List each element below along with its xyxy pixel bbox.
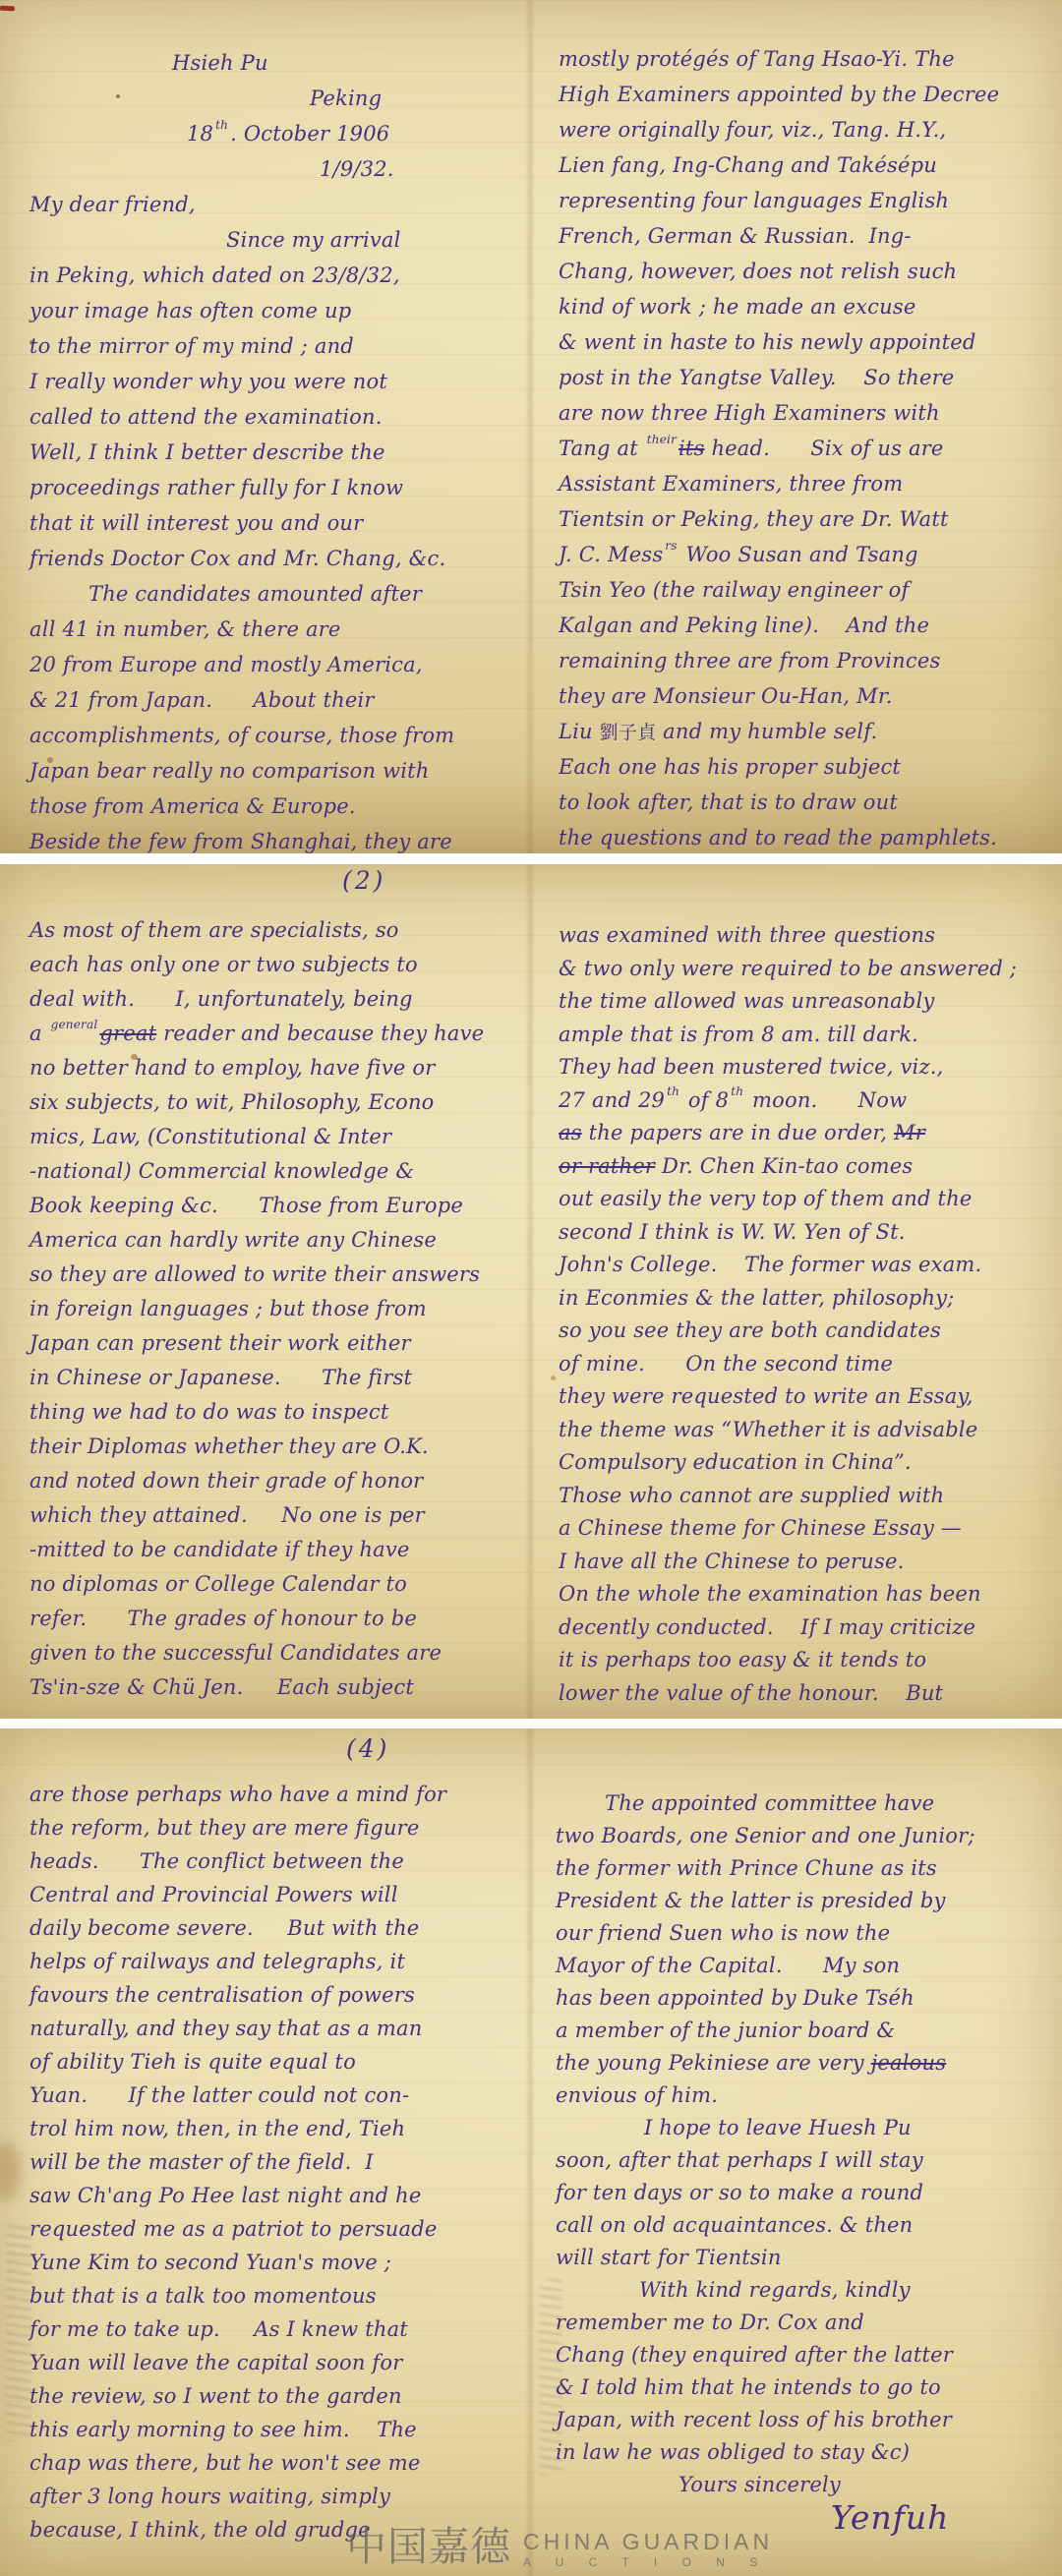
letter-line: Liu 劉子貞 and my humble self. xyxy=(559,714,1062,749)
letter-line: I have all the Chinese to peruse. xyxy=(559,1546,1062,1579)
letter-line: given to the successful Candidates are xyxy=(29,1636,533,1670)
letter-line: for me to take up. As I knew that xyxy=(29,2313,533,2346)
letter-column-right: mostly protégés of Tang Hsao-Yi. TheHigh… xyxy=(559,41,1062,853)
inserted-word: rs xyxy=(665,539,677,553)
letter-line: favours the centralisation of powers xyxy=(29,1978,533,2012)
letter-line: a member of the junior board & xyxy=(556,2015,1059,2047)
letter-line: envious of him. xyxy=(556,2079,1059,2112)
letter-line: which they attained. No one is per xyxy=(29,1498,533,1533)
struck-word: its xyxy=(678,437,705,460)
letter-line: has been appointed by Duke Tséh xyxy=(556,1982,1059,2015)
letter-line: Yenfuh xyxy=(556,2501,1059,2534)
letter-line: that it will interest you and our xyxy=(29,505,533,541)
letter-line: & 21 from Japan. About their xyxy=(29,682,533,718)
letter-line: Central and Provincial Powers will xyxy=(29,1878,533,1911)
letter-line: kind of work ; he made an excuse xyxy=(559,289,1062,324)
letter-line: six subjects, to wit, Philosophy, Econo xyxy=(29,1085,533,1120)
red-edge-mark xyxy=(0,6,15,12)
letter-line: call on old acquaintances. & then xyxy=(556,2209,1059,2242)
struck-word: jealous xyxy=(871,2051,947,2075)
letter-page-2: (2) As most of them are specialists, soe… xyxy=(0,864,1062,1719)
letter-line: Mayor of the Capital. My son xyxy=(556,1950,1059,1982)
letter-line: On the whole the examination has been xyxy=(559,1578,1062,1611)
letter-line: representing four languages English xyxy=(559,183,1062,218)
letter-column-left: are those perhaps who have a mind forthe… xyxy=(29,1778,533,2547)
letter-page-3: (4) are those perhaps who have a mind fo… xyxy=(0,1728,1062,2576)
letter-line: were originally four, viz., Tang. H.Y., xyxy=(559,112,1062,147)
letter-line: trol him now, then, in the end, Tieh xyxy=(29,2112,533,2145)
letter-line: saw Ch'ang Po Hee last night and he xyxy=(29,2179,533,2212)
letter-line: those from America & Europe. xyxy=(29,789,533,824)
letter-line: -mitted to be candidate if they have xyxy=(29,1533,533,1567)
letter-line: The appointed committee have xyxy=(556,1787,1059,1820)
letter-line: of ability Tieh is quite equal to xyxy=(29,2045,533,2078)
letter-line: for ten days or so to make a round xyxy=(556,2177,1059,2209)
inserted-word: th xyxy=(667,1084,679,1098)
letter-line: deal with. I, unfortunately, being xyxy=(29,982,533,1017)
letter-line: post in the Yangtse Valley. So there xyxy=(559,360,1062,395)
letter-line: friends Doctor Cox and Mr. Chang, &c. xyxy=(29,541,533,576)
letter-line: because, I think, the old grudge xyxy=(29,2513,533,2547)
letter-line: refer. The grades of honour to be xyxy=(29,1602,533,1636)
letter-line: decently conducted. If I may criticize xyxy=(559,1611,1062,1645)
letter-line: Tientsin or Peking, they are Dr. Watt xyxy=(559,501,1062,537)
letter-line: thing we had to do was to inspect xyxy=(29,1395,533,1430)
letter-line: & went in haste to his newly appointed xyxy=(559,324,1062,360)
letter-line: remaining three are from Provinces xyxy=(559,643,1062,678)
letter-line: My dear friend, xyxy=(29,187,533,222)
pencil-marginalia xyxy=(6,2225,31,2441)
letter-line: the time allowed was unreasonably xyxy=(559,985,1062,1019)
letter-line: daily become severe. But with the xyxy=(29,1911,533,1945)
letter-line: Book keeping &c. Those from Europe xyxy=(29,1189,533,1223)
letter-line: the former with Prince Chune as its xyxy=(556,1852,1059,1885)
letter-line: With kind regards, kindly xyxy=(556,2274,1059,2307)
letter-line: Each one has his proper subject xyxy=(559,749,1062,785)
letter-column-right: The appointed committee havetwo Boards, … xyxy=(556,1787,1059,2534)
letter-line: was examined with three questions xyxy=(559,919,1062,953)
letter-line: & two only were required to be answered … xyxy=(559,953,1062,986)
letter-column-left: Hsieh PuPeking18th. October 19061/9/32.M… xyxy=(29,45,533,853)
chinese-name: 劉子貞 xyxy=(600,722,657,743)
letter-line: a Chinese theme for Chinese Essay — xyxy=(559,1512,1062,1546)
letter-line: Tsin Yeo (the railway engineer of xyxy=(559,572,1062,608)
letter-line: Chang, however, does not relish such xyxy=(559,254,1062,289)
letter-line: Assistant Examiners, three from xyxy=(559,466,1062,501)
letter-line: Beside the few from Shanghai, they are xyxy=(29,824,533,853)
letter-line: it is perhaps too easy & it tends to xyxy=(559,1644,1062,1677)
letter-line: ample that is from 8 am. till dark. xyxy=(559,1019,1062,1052)
letter-line: 20 from Europe and mostly America, xyxy=(29,647,533,682)
letter-line: Kalgan and Peking line). And the xyxy=(559,608,1062,643)
letter-line: Since my arrival xyxy=(29,222,533,258)
letter-line: they are Monsieur Ou-Han, Mr. xyxy=(559,678,1062,714)
letter-line: heads. The conflict between the xyxy=(29,1844,533,1878)
letter-line: America can hardly write any Chinese xyxy=(29,1223,533,1258)
letter-line: proceedings rather fully for I know xyxy=(29,470,533,505)
inserted-word: th xyxy=(215,118,228,132)
letter-line: Japan can present their work either xyxy=(29,1326,533,1361)
letter-line: in foreign languages ; but those from xyxy=(29,1292,533,1326)
letter-line: -national) Commercial knowledge & xyxy=(29,1154,533,1189)
letter-line: French, German & Russian. Ing- xyxy=(559,218,1062,254)
letter-line: Chang (they enquired after the latter xyxy=(556,2339,1059,2371)
letter-column-left: As most of them are specialists, soeach … xyxy=(29,913,533,1705)
letter-line: out easily the very top of them and the xyxy=(559,1183,1062,1216)
letter-line: mics, Law, (Constitutional & Inter xyxy=(29,1120,533,1154)
letter-line: the young Pekiniese are very jealous xyxy=(556,2047,1059,2079)
letter-line: will be the master of the field. I xyxy=(29,2145,533,2179)
letter-line: helps of railways and telegraphs, it xyxy=(29,1945,533,1978)
letter-line: they were requested to write an Essay, xyxy=(559,1380,1062,1414)
letter-line: naturally, and they say that as a man xyxy=(29,2012,533,2045)
letter-line: 1/9/32. xyxy=(29,151,533,187)
letter-line: all 41 in number, & there are xyxy=(29,612,533,647)
letter-line: this early morning to see him. The xyxy=(29,2413,533,2446)
struck-word: great xyxy=(99,1022,156,1045)
letter-line: Peking xyxy=(29,81,533,116)
letter-line: of mine. On the second time xyxy=(559,1348,1062,1381)
page-number: (4) xyxy=(346,1734,389,1763)
letter-line: Well, I think I better describe the xyxy=(29,435,533,470)
letter-line: to the mirror of my mind ; and xyxy=(29,328,533,364)
letter-line: called to attend the examination. xyxy=(29,399,533,435)
letter-line: J. C. Messrs Woo Susan and Tsang xyxy=(559,537,1062,572)
letter-line: as the papers are in due order, Mr xyxy=(559,1117,1062,1150)
letter-line: in Peking, which dated on 23/8/32, xyxy=(29,258,533,293)
letter-line: to look after, that is to draw out xyxy=(559,785,1062,820)
letter-line: or rather Dr. Chen Kin-tao comes xyxy=(559,1150,1062,1184)
letter-line: the questions and to read the pamphlets. xyxy=(559,820,1062,853)
letter-line: but that is a talk too momentous xyxy=(29,2279,533,2313)
letter-line: remember me to Dr. Cox and xyxy=(556,2307,1059,2339)
letter-line: in Econmies & the latter, philosophy; xyxy=(559,1282,1062,1316)
letter-line: 27 and 29th of 8th moon. Now xyxy=(559,1084,1062,1118)
letter-line: the review, so I went to the garden xyxy=(29,2379,533,2413)
letter-line: and noted down their grade of honor xyxy=(29,1464,533,1498)
letter-line: Yuan will leave the capital soon for xyxy=(29,2346,533,2379)
letter-line: High Examiners appointed by the Decree xyxy=(559,77,1062,112)
letter-line: John's College. The former was exam. xyxy=(559,1249,1062,1282)
letter-line: are those perhaps who have a mind for xyxy=(29,1778,533,1811)
paper-stain xyxy=(0,2141,22,2200)
letter-line: soon, after that perhaps I will stay xyxy=(556,2144,1059,2177)
struck-word: or rather xyxy=(559,1154,655,1178)
inserted-word: th xyxy=(731,1084,743,1098)
letter-line: their Diplomas whether they are O.K. xyxy=(29,1430,533,1464)
letter-line: Hsieh Pu xyxy=(29,45,533,81)
letter-line: Compulsory education in China”. xyxy=(559,1446,1062,1480)
letter-line: Japan, with recent loss of his brother xyxy=(556,2404,1059,2436)
letter-line: Ts'in-sze & Chü Jen. Each subject xyxy=(29,1670,533,1705)
letter-line: the theme was “Whether it is advisable xyxy=(559,1414,1062,1447)
letter-line: no better hand to employ, have five or xyxy=(29,1051,533,1085)
letter-line: our friend Suen who is now the xyxy=(556,1917,1059,1950)
letter-line: in Chinese or Japanese. The first xyxy=(29,1361,533,1395)
letter-line: Japan bear really no comparison with xyxy=(29,753,533,789)
letter-line: accomplishments, of course, those from xyxy=(29,718,533,753)
letter-line: 18th. October 1906 xyxy=(29,116,533,151)
letter-line: are now three High Examiners with xyxy=(559,395,1062,431)
letter-line: The candidates amounted after xyxy=(29,576,533,612)
letter-line: will start for Tientsin xyxy=(556,2242,1059,2274)
letter-line: Lien fang, Ing-Chang and Takésépu xyxy=(559,147,1062,183)
letter-line: President & the latter is presided by xyxy=(556,1885,1059,1917)
letter-line: each has only one or two subjects to xyxy=(29,948,533,982)
letter-line: Yours sincerely xyxy=(556,2469,1059,2501)
struck-word: as xyxy=(559,1121,582,1144)
letter-line: lower the value of the honour. But xyxy=(559,1677,1062,1711)
letter-line: a generalgreat reader and because they h… xyxy=(29,1017,533,1051)
letter-line: I hope to leave Huesh Pu xyxy=(556,2112,1059,2144)
letter-line: no diplomas or College Calendar to xyxy=(29,1567,533,1602)
letter-column-right: was examined with three questions& two o… xyxy=(559,919,1062,1710)
letter-line: so you see they are both candidates xyxy=(559,1315,1062,1348)
letter-line: They had been mustered twice, viz., xyxy=(559,1051,1062,1084)
letter-line: Yuan. If the latter could not con- xyxy=(29,2078,533,2112)
letter-line: requested me as a patriot to persuade xyxy=(29,2212,533,2246)
letter-line: I really wonder why you were not xyxy=(29,364,533,399)
page-number: (2) xyxy=(342,866,385,895)
letter-line: second I think is W. W. Yen of St. xyxy=(559,1216,1062,1250)
paper-speck xyxy=(551,1376,556,1380)
letter-scan: { "ink_color": "#43317e", "paper_color":… xyxy=(0,0,1062,2576)
letter-line: mostly protégés of Tang Hsao-Yi. The xyxy=(559,41,1062,77)
struck-word: Mr xyxy=(894,1121,925,1144)
letter-line: after 3 long hours waiting, simply xyxy=(29,2480,533,2513)
letter-line: Yune Kim to second Yuan's move ; xyxy=(29,2246,533,2279)
letter-line: so they are allowed to write their answe… xyxy=(29,1258,533,1292)
letter-line: chap was there, but he won't see me xyxy=(29,2446,533,2480)
inserted-word: general xyxy=(51,1018,98,1031)
letter-line: two Boards, one Senior and one Junior; xyxy=(556,1820,1059,1852)
inserted-word: their xyxy=(647,433,677,446)
letter-line: & I told him that he intends to go to xyxy=(556,2371,1059,2404)
letter-line: the reform, but they are mere figure xyxy=(29,1811,533,1844)
letter-line: in law he was obliged to stay &c) xyxy=(556,2436,1059,2469)
letter-line: As most of them are specialists, so xyxy=(29,913,533,948)
letter-page-1: Hsieh PuPeking18th. October 19061/9/32.M… xyxy=(0,0,1062,853)
letter-line: Those who cannot are supplied with xyxy=(559,1480,1062,1513)
letter-line: your image has often come up xyxy=(29,293,533,328)
letter-line: Tang at theirits head. Six of us are xyxy=(559,431,1062,466)
